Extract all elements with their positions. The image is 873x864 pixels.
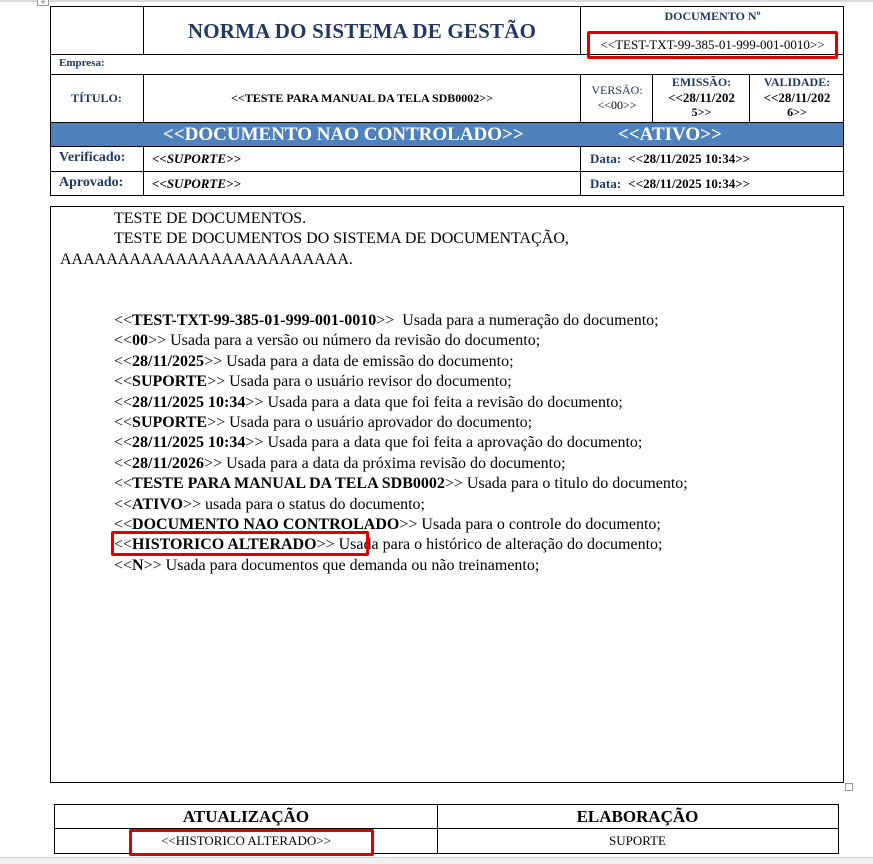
logo-cell — [50, 6, 144, 55]
validity-value-line2: 6>> — [750, 105, 844, 120]
field-description: Usada para o titulo do documento; — [463, 475, 688, 492]
field-description: Usada para a numeração do documento; — [394, 312, 658, 329]
placeholder-open: << — [114, 475, 132, 492]
version-cell: VERSÃO: <<00>> — [580, 74, 653, 123]
issue-label: EMISSÃO: — [653, 75, 750, 90]
placeholder-name: 28/11/2025 10:34 — [132, 434, 245, 451]
company-row: Empresa: — [50, 54, 844, 75]
field-description: Usada para a data da próxima revisão do … — [222, 455, 565, 472]
field-description: Usada para o usuário revisor do document… — [225, 373, 512, 390]
document-body[interactable]: TESTE DE DOCUMENTOS. TESTE DE DOCUMENTOS… — [50, 206, 844, 783]
field-description-item: <<28/11/2025>> Usada para a data de emis… — [114, 352, 514, 373]
approved-date-value: <<28/11/2025 10:34>> — [628, 176, 750, 191]
verified-date-label: Data: — [590, 151, 621, 166]
author-value: SUPORTE — [437, 828, 838, 853]
field-description: Usada para o usuário aprovador do docume… — [225, 414, 532, 431]
field-description: Usada para documentos que demanda ou não… — [162, 557, 540, 574]
validity-cell: VALIDADE: <<28/11/202 6>> — [749, 74, 844, 123]
field-description: Usada para o histórico de alteração do d… — [335, 536, 663, 553]
verified-date-value: <<28/11/2025 10:34>> — [628, 151, 750, 166]
approved-value: <<SUPORTE>> — [143, 171, 581, 196]
issue-value-line1: <<28/11/202 — [653, 90, 750, 105]
validity-value-line1: <<28/11/202 — [750, 90, 844, 105]
field-description-item: <<SUPORTE>> Usada para o usuário aprovad… — [114, 413, 532, 434]
title-value: <<TESTE PARA MANUAL DA TELA SDB0002>> — [143, 74, 581, 123]
field-description-item: <<N>> Usada para documentos que demanda … — [114, 556, 539, 577]
field-description-item: <<SUPORTE>> Usada para o usuário revisor… — [114, 372, 512, 393]
placeholder-open: << — [114, 455, 132, 472]
field-description-item: <<TESTE PARA MANUAL DA TELA SDB0002>> Us… — [114, 474, 688, 495]
placeholder-name: 28/11/2025 10:34 — [132, 394, 245, 411]
footer-history-highlight-box — [129, 829, 374, 856]
resize-handle-icon[interactable] — [845, 783, 853, 791]
top-ruler-bar — [0, 0, 873, 2]
control-status: <<DOCUMENTO NAO CONTROLADO>> — [163, 124, 524, 146]
placeholder-close: >> — [144, 557, 162, 574]
field-description-item: <<28/11/2026>> Usada para a data da próx… — [114, 454, 566, 475]
approved-label: Aprovado: — [50, 171, 144, 196]
field-description: Usada para o controle do documento; — [417, 516, 660, 533]
placeholder-open: << — [114, 557, 132, 574]
placeholder-close: >> — [183, 496, 201, 513]
title-label: TÍTULO: — [50, 74, 144, 123]
approved-date-cell: Data: <<28/11/2025 10:34>> — [580, 171, 844, 196]
placeholder-name: TEST-TXT-99-385-01-999-001-0010 — [132, 312, 376, 329]
field-description-item: <<28/11/2025 10:34>> Usada para a data q… — [114, 393, 623, 414]
placeholder-name: 00 — [132, 332, 148, 349]
company-label: Empresa: — [59, 57, 105, 69]
placeholder-close: >> — [204, 455, 222, 472]
field-description: usada para o status do documento; — [201, 496, 425, 513]
placeholder-close: >> — [148, 332, 166, 349]
placeholder-open: << — [114, 414, 132, 431]
author-label: ELABORAÇÃO — [437, 805, 838, 829]
version-label: VERSÃO: — [581, 83, 653, 98]
placeholder-open: << — [114, 332, 132, 349]
verified-value: <<SUPORTE>> — [143, 147, 581, 172]
placeholder-close: >> — [207, 414, 225, 431]
placeholder-name: TESTE PARA MANUAL DA TELA SDB0002 — [132, 475, 445, 492]
placeholder-name: N — [132, 557, 144, 574]
placeholder-open: << — [114, 434, 132, 451]
placeholder-close: >> — [245, 434, 263, 451]
table-move-handle-icon[interactable]: + — [37, 0, 49, 6]
placeholder-close: >> — [399, 516, 417, 533]
placeholder-open: << — [114, 394, 132, 411]
bottom-scroll-bar — [0, 857, 873, 864]
field-description-item: <<00>> Usada para a versão ou número da … — [114, 331, 540, 352]
intro-line-3: AAAAAAAAAAAAAAAAAAAAAAAAA. — [60, 250, 353, 271]
field-description: Usada para a data que foi feita a revisã… — [263, 394, 622, 411]
history-highlight-box — [111, 531, 369, 556]
placeholder-name: 28/11/2025 — [132, 353, 204, 370]
placeholder-name: 28/11/2026 — [132, 455, 204, 472]
intro-line-1: TESTE DE DOCUMENTOS. — [114, 209, 306, 230]
active-status: <<ATIVO>> — [618, 124, 722, 146]
placeholder-open: << — [114, 496, 132, 513]
version-value: <<00>> — [581, 98, 653, 113]
issue-cell: EMISSÃO: <<28/11/202 5>> — [652, 74, 750, 123]
placeholder-close: >> — [445, 475, 463, 492]
placeholder-open: << — [114, 312, 132, 329]
field-description-item: <<TEST-TXT-99-385-01-999-001-0010>> Usad… — [114, 311, 659, 332]
placeholder-name: SUPORTE — [132, 414, 207, 431]
placeholder-name: ATIVO — [132, 496, 183, 513]
field-description: Usada para a data que foi feita a aprova… — [263, 434, 642, 451]
field-description-item: <<ATIVO>> usada para o status do documen… — [114, 495, 425, 516]
approved-date-label: Data: — [590, 176, 621, 191]
placeholder-close: >> — [204, 353, 222, 370]
placeholder-close: >> — [376, 312, 394, 329]
issue-value-line2: 5>> — [653, 105, 750, 120]
field-description: Usada para a versão ou número da revisão… — [166, 332, 540, 349]
placeholder-close: >> — [207, 373, 225, 390]
update-label: ATUALIZAÇÃO — [55, 805, 438, 829]
placeholder-name: SUPORTE — [132, 373, 207, 390]
placeholder-open: << — [114, 373, 132, 390]
field-description-item: <<28/11/2025 10:34>> Usada para a data q… — [114, 433, 642, 454]
placeholder-close: >> — [245, 394, 263, 411]
status-banner: <<DOCUMENTO NAO CONTROLADO>> <<ATIVO>> — [51, 123, 843, 147]
intro-line-2: TESTE DE DOCUMENTOS DO SISTEMA DE DOCUME… — [114, 229, 569, 250]
verified-date-cell: Data: <<28/11/2025 10:34>> — [580, 147, 844, 172]
doc-number-label: DOCUMENTO Nº — [581, 9, 844, 24]
validity-label: VALIDADE: — [750, 75, 844, 90]
placeholder-open: << — [114, 353, 132, 370]
field-description: Usada para a data de emissão do document… — [222, 353, 513, 370]
verified-label: Verificado: — [50, 147, 144, 172]
document-main-title: NORMA DO SISTEMA DE GESTÃO — [143, 6, 581, 55]
